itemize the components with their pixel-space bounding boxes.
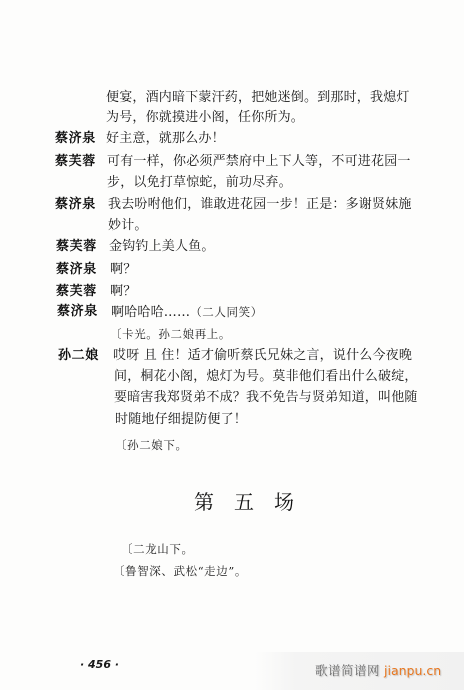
dialogue-line: 啊？ bbox=[110, 284, 136, 300]
dialogue-line: 我去吩咐他们，谁敢进花园一步！正是：多谢贤妹施 bbox=[108, 197, 412, 213]
stage-direction: 〔卡光。孙二娘再上。 bbox=[110, 326, 231, 342]
stage-direction: 〔孙二娘下。 bbox=[115, 437, 188, 453]
speaker-name: 蔡济泉 bbox=[55, 197, 96, 213]
watermark-domain: jianpu.cn bbox=[384, 663, 441, 678]
dialogue-line: 间，桐花小阁，熄灯为号。莫非他们看出什么破绽， bbox=[114, 369, 418, 385]
dialogue-text: 啊哈哈哈…… bbox=[111, 305, 190, 320]
speaker-name: 蔡济泉 bbox=[55, 131, 96, 147]
speaker-name: 蔡芙蓉 bbox=[56, 239, 97, 255]
stage-aside: （二人同笑） bbox=[190, 305, 263, 319]
speaker-name: 蔡芙蓉 bbox=[55, 154, 96, 170]
dialogue-line: 妙计。 bbox=[108, 218, 148, 234]
page-number: · 456 · bbox=[80, 658, 119, 672]
dialogue-line: 为号，你就摸进小阁，任你所为。 bbox=[106, 110, 304, 126]
speaker-name: 孙二娘 bbox=[58, 348, 99, 364]
scene-title: 第五场 bbox=[194, 491, 314, 513]
dialogue-line: 时随地仔细提防便了！ bbox=[115, 412, 247, 428]
dialogue-line: 步，以免打草惊蛇，前功尽弃。 bbox=[107, 175, 292, 191]
dialogue-line: 好主意，就那么办！ bbox=[106, 131, 225, 147]
stage-direction: 〔二龙山下。 bbox=[121, 541, 194, 557]
stage-direction: 〔鲁智深、武松“走边”。 bbox=[113, 563, 247, 579]
dialogue-line: 啊？ bbox=[110, 262, 136, 278]
speaker-name: 蔡芙蓉 bbox=[56, 284, 97, 300]
dialogue-line: 要暗害我郑贤弟不成？我不免告与贤弟知道，叫他随 bbox=[114, 390, 418, 406]
watermark-site-name: 歌谱简谱网 bbox=[315, 663, 380, 678]
speaker-name: 蔡济泉 bbox=[56, 262, 97, 278]
dialogue-line: 啊哈哈哈……（二人同笑） bbox=[111, 304, 263, 321]
speaker-name: 蔡济泉 bbox=[57, 304, 98, 320]
watermark: 歌谱简谱网jianpu.cn bbox=[315, 663, 441, 679]
dialogue-line: 可有一样，你必须严禁府中上下人等，不可进花园一 bbox=[107, 154, 411, 170]
dialogue-line: 便宴，酒内暗下蒙汗药，把她迷倒。到那时，我熄灯 bbox=[106, 90, 410, 106]
book-page: 便宴，酒内暗下蒙汗药，把她迷倒。到那时，我熄灯 为号，你就摸进小阁，任你所为。 … bbox=[0, 0, 464, 690]
dialogue-line: 哎呀 且 住！适才偷听蔡氏兄妹之言，说什么今夜晚 bbox=[113, 348, 412, 364]
dialogue-line: 金钩钓上美人鱼。 bbox=[109, 239, 215, 255]
